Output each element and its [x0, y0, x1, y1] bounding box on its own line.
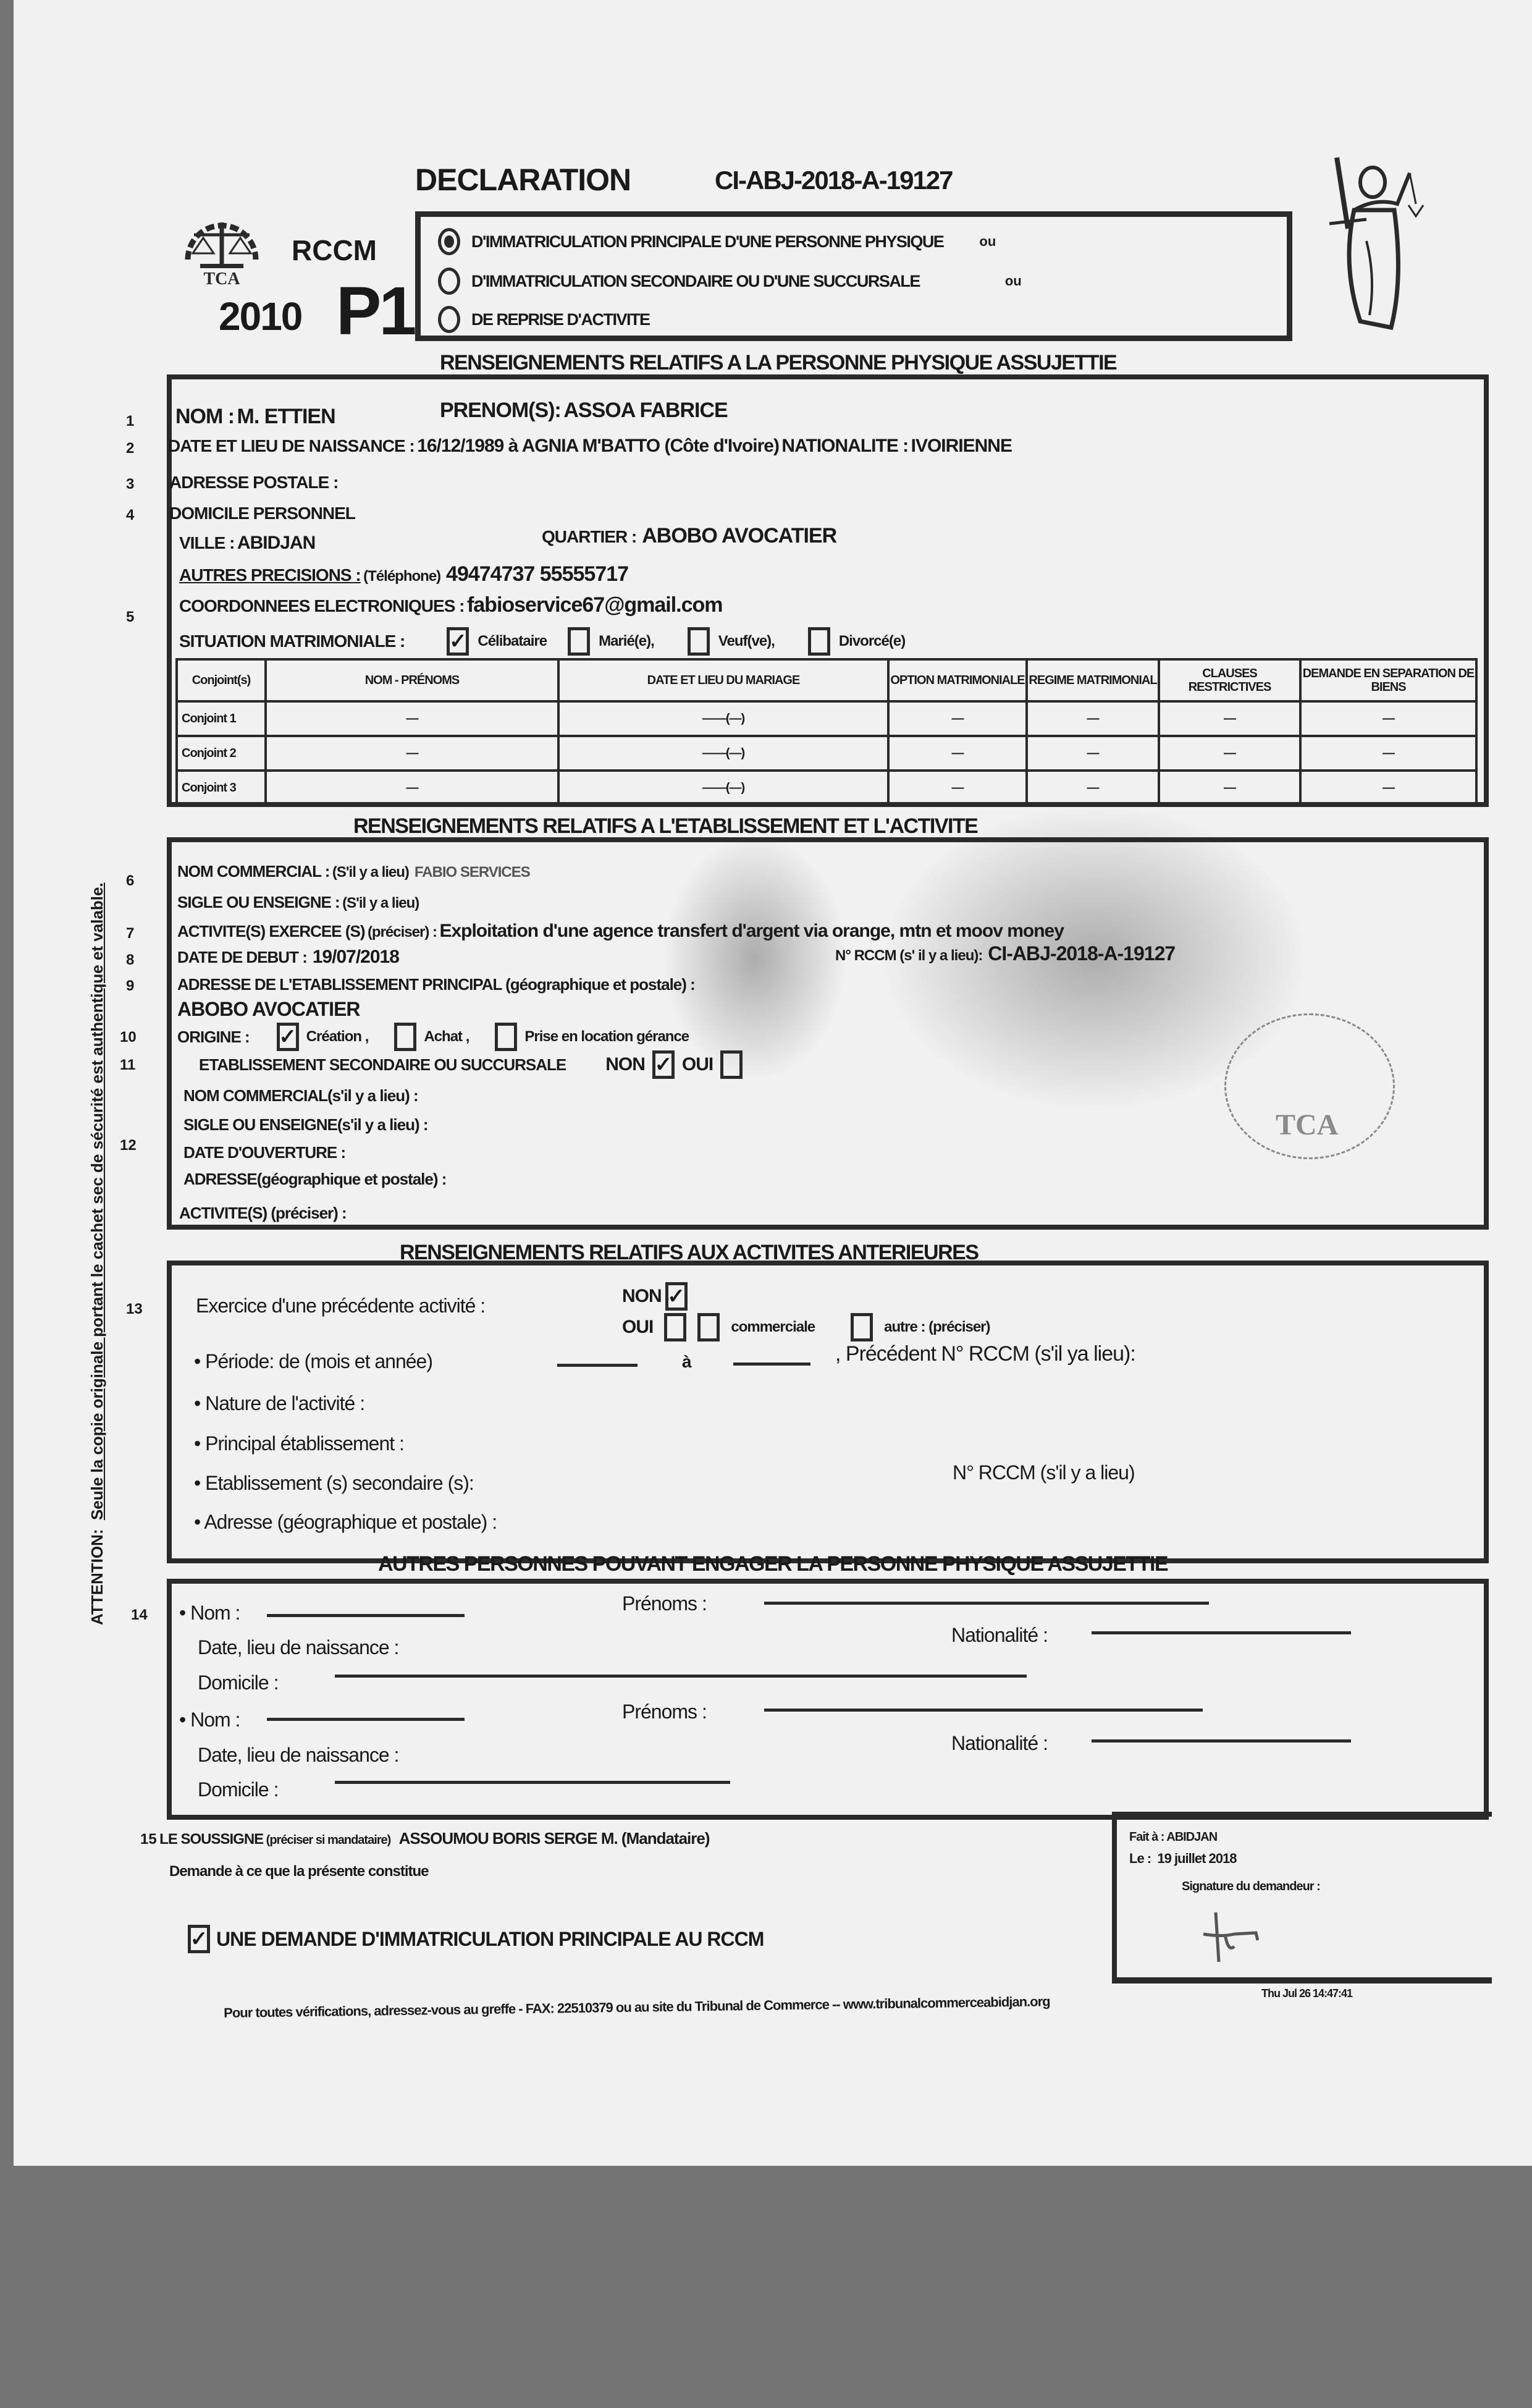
origine-field: ORIGINE : ✓Création , Achat , Prise en l… — [177, 1023, 689, 1051]
person2-prenoms-label: Prénoms : — [622, 1700, 707, 1723]
nom-commercial-field: NOM COMMERCIAL : (S'il y a lieu) FABIO S… — [177, 862, 530, 881]
person2-nationalite-label: Nationalité : — [951, 1732, 1048, 1755]
radio-selected-icon[interactable] — [438, 228, 460, 255]
adresse-etablissement-label: ADRESSE DE L'ETABLISSEMENT PRINCIPAL (gé… — [177, 975, 695, 994]
person1-domicile-line[interactable] — [335, 1675, 1027, 1678]
activite-field: ACTIVITE(S) EXERCEE (S) (préciser) : Exp… — [177, 921, 1064, 942]
form-code-rccm: RCCM — [292, 234, 377, 267]
precedent-rccm-label: , Précédent N° RCCM (s'il ya lieu): — [835, 1342, 1135, 1366]
person1-nom-line[interactable] — [267, 1614, 465, 1617]
email-value: fabioservice67@gmail.com — [467, 593, 723, 617]
person2-naissance-label: Date, lieu de naissance : — [198, 1744, 398, 1767]
exercice-non: NON ✓ — [622, 1282, 688, 1311]
form-year: 2010 — [219, 294, 301, 339]
rccm-secondaire-label: N° RCCM (s'il y a lieu) — [953, 1461, 1135, 1484]
checkbox-commerciale[interactable] — [697, 1313, 720, 1341]
section-title-autres-personnes: AUTRES PERSONNES POUVANT ENGAGER LA PERS… — [378, 1552, 1168, 1576]
tca-scales-logo-icon: TCA — [175, 213, 268, 287]
signature-scribble-icon — [1197, 1909, 1259, 1968]
signature-box: Fait à : ABIDJAN Le : 19 juillet 2018 Si… — [1112, 1812, 1492, 1983]
row-number: 11 — [120, 1057, 135, 1074]
demande-choice: ✓ UNE DEMANDE D'IMMATRICULATION PRINCIPA… — [188, 1925, 764, 1953]
person1-domicile-label: Domicile : — [198, 1671, 278, 1694]
sec-nom-commercial-label: NOM COMMERCIAL(s'il y a lieu) : — [183, 1086, 418, 1105]
checkbox-celibataire-checked[interactable]: ✓ — [447, 627, 469, 656]
periode-label: • Période: de (mois et année) — [194, 1350, 432, 1373]
periode-sep: à — [682, 1352, 691, 1372]
spouse-table: Conjoint(s) NOM - PRÉNOMS DATE ET LIEU D… — [175, 658, 1478, 806]
checkbox-location-gerance[interactable] — [495, 1023, 517, 1051]
person2-nom-line[interactable] — [267, 1718, 465, 1721]
checkbox-secondaire-non-checked[interactable]: ✓ — [652, 1050, 675, 1079]
row-number: 9 — [126, 978, 134, 995]
domicile-label: DOMICILE PERSONNEL — [169, 504, 355, 523]
print-timestamp: Thu Jul 26 14:47:41 — [1261, 1987, 1352, 2000]
checkbox-secondaire-oui[interactable] — [720, 1050, 743, 1079]
person1-prenoms-label: Prénoms : — [622, 1592, 707, 1615]
email-field: COORDONNEES ELECTRONIQUES : fabioservice… — [179, 593, 723, 617]
signature-label: Signature du demandeur : — [1182, 1880, 1320, 1894]
document-page: DECLARATION CI-ABJ-2018-A-19127 TCA RCCM… — [14, 0, 1532, 2166]
ville-value: ABIDJAN — [237, 533, 315, 553]
table-row: Conjoint 1 — ——(—) — — — — — [177, 701, 1476, 736]
nature-activite-label: • Nature de l'activité : — [194, 1392, 364, 1415]
row-number: 1 — [126, 413, 134, 430]
rccm-field: N° RCCM (s' il y a lieu): CI-ABJ-2018-A-… — [835, 942, 1175, 965]
telephone-value: 49474737 55555717 — [446, 562, 628, 586]
exercice-label: Exercice d'une précédente activité : — [196, 1295, 485, 1317]
declaration-type-box: D'IMMATRICULATION PRINCIPALE D'UNE PERSO… — [415, 211, 1292, 341]
nom-commercial-value: FABIO SERVICES — [415, 864, 530, 881]
table-row: Conjoint 3 — ——(—) — — — — — [177, 771, 1476, 805]
person2-nationalite-line[interactable] — [1092, 1739, 1351, 1743]
checkbox-marie[interactable] — [568, 627, 590, 656]
fait-a-field: Fait à : ABIDJAN — [1129, 1830, 1217, 1844]
person1-nom-label: • Nom : — [179, 1602, 240, 1624]
declaration-number: CI-ABJ-2018-A-19127 — [715, 166, 953, 195]
person1-naissance-label: Date, lieu de naissance : — [198, 1636, 398, 1659]
section-title-etablissement: RENSEIGNEMENTS RELATIFS A L'ETABLISSEMEN… — [353, 814, 977, 839]
person2-domicile-line[interactable] — [335, 1781, 730, 1784]
naissance-value: 16/12/1989 à AGNIA M'BATTO (Côte d'Ivoir… — [417, 436, 779, 456]
svg-text:TCA: TCA — [203, 269, 240, 287]
section-title-personne: RENSEIGNEMENTS RELATIFS A LA PERSONNE PH… — [440, 351, 1116, 375]
sec-activite-label: ACTIVITE(S) (préciser) : — [179, 1204, 347, 1223]
checkbox-exercice-non-checked[interactable]: ✓ — [665, 1282, 688, 1311]
date-field: Le : 19 juillet 2018 — [1129, 1851, 1236, 1867]
checkbox-veuf[interactable] — [688, 627, 710, 656]
nom-value: M. ETTIEN — [237, 405, 335, 428]
row-number: 4 — [126, 507, 134, 524]
date-debut-field: DATE DE DEBUT : 19/07/2018 — [177, 947, 399, 968]
etablissement-secondaire-field: ETABLISSEMENT SECONDAIRE OU SUCCURSALE N… — [199, 1050, 743, 1079]
person2-nom-label: • Nom : — [179, 1709, 240, 1731]
form-code-p1: P1 — [336, 272, 415, 350]
situation-matrimoniale: SITUATION MATRIMONIALE : ✓Célibataire Ma… — [179, 627, 905, 656]
adresse-anterieure-label: • Adresse (géographique et postale) : — [194, 1511, 497, 1534]
row-number: 12 — [120, 1137, 137, 1154]
nationalite-value: IVOIRIENNE — [911, 436, 1012, 456]
periode-from-line — [557, 1364, 638, 1367]
person2-domicile-label: Domicile : — [198, 1778, 278, 1801]
lady-justice-icon — [1323, 154, 1428, 340]
person1-nationalite-line[interactable] — [1092, 1631, 1351, 1634]
row-number: 7 — [126, 925, 134, 942]
option-secondaire[interactable]: D'IMMATRICULATION SECONDAIRE OU D'UNE SU… — [438, 268, 1022, 295]
prenoms-value: ASSOA FABRICE — [563, 399, 727, 422]
principal-etablissement-label: • Principal établissement : — [194, 1432, 404, 1455]
checkbox-autre[interactable] — [851, 1313, 873, 1341]
row-number: 2 — [126, 440, 134, 457]
sec-adresse-label: ADRESSE(géographique et postale) : — [183, 1170, 446, 1189]
date-value: 19 juillet 2018 — [1157, 1851, 1236, 1866]
etablissement-secondaire-label: • Etablissement (s) secondaire (s): — [194, 1472, 474, 1495]
quartier-field: QUARTIER : ABOBO AVOCATIER — [542, 524, 836, 548]
naissance-field: DATE ET LIEU DE NAISSANCE : 16/12/1989 à… — [168, 436, 1012, 457]
row-number: 8 — [126, 952, 134, 969]
person1-nationalite-label: Nationalité : — [951, 1624, 1048, 1647]
person2-prenoms-line[interactable] — [764, 1709, 1203, 1712]
fait-a-value: ABIDJAN — [1166, 1830, 1217, 1844]
declaration-title: DECLARATION — [415, 162, 631, 198]
quartier-value: ABOBO AVOCATIER — [642, 524, 836, 547]
activite-value: Exploitation d'une agence transfert d'ar… — [439, 921, 1063, 941]
prenoms-field: PRENOM(S): ASSOA FABRICE — [440, 399, 728, 423]
row-number: 3 — [126, 476, 134, 493]
table-row: Conjoint 2 — ——(—) — — — — — [177, 736, 1476, 771]
footer-verification-text: Pour toutes vérifications, adressez-vous… — [224, 1993, 1050, 2021]
row-number: 5 — [126, 609, 134, 626]
ville-field: VILLE : ABIDJAN — [179, 533, 315, 554]
soussigne-value: ASSOUMOU BORIS SERGE M. (Mandataire) — [399, 1829, 710, 1848]
sec-sigle-label: SIGLE OU ENSEIGNE(s'il y a lieu) : — [183, 1115, 428, 1134]
checkbox-achat[interactable] — [394, 1023, 416, 1051]
person1-prenoms-line[interactable] — [764, 1602, 1209, 1605]
checkbox-creation-checked[interactable]: ✓ — [277, 1023, 299, 1051]
date-debut-value: 19/07/2018 — [313, 947, 399, 967]
option-reprise[interactable]: DE REPRISE D'ACTIVITE — [438, 306, 649, 333]
soussigne-field: 15 LE SOUSSIGNE (préciser si mandataire)… — [140, 1829, 710, 1848]
rccm-value: CI-ABJ-2018-A-19127 — [988, 942, 1175, 965]
adresse-postale-label: ADRESSE POSTALE : — [169, 473, 338, 492]
option-principale[interactable]: D'IMMATRICULATION PRINCIPALE D'UNE PERSO… — [438, 228, 996, 255]
side-attention-notice: ATTENTION: Seule la copie originale port… — [88, 882, 107, 1625]
radio-empty-icon[interactable] — [438, 306, 460, 333]
exercice-oui: OUI commerciale autre : (préciser) — [622, 1313, 990, 1341]
nom-field: NOM : M. ETTIEN — [175, 405, 335, 429]
tca-stamp-icon: TCA — [1224, 1013, 1395, 1159]
row-number: 10 — [120, 1029, 137, 1046]
telephone-field: AUTRES PRECISIONS : (Téléphone) 49474737… — [179, 562, 628, 586]
periode-to-line — [733, 1362, 810, 1366]
sec-date-ouverture-label: DATE D'OUVERTURE : — [183, 1143, 345, 1162]
radio-empty-icon[interactable] — [438, 268, 460, 295]
adresse-etablissement-value: ABOBO AVOCATIER — [177, 998, 360, 1021]
checkbox-divorce[interactable] — [808, 627, 830, 656]
checkbox-demande-checked[interactable]: ✓ — [188, 1925, 210, 1953]
sigle-field: SIGLE OU ENSEIGNE : (S'il y a lieu) — [177, 893, 419, 912]
demande-text: Demande à ce que la présente constitue — [169, 1863, 429, 1880]
row-number: 6 — [126, 872, 134, 890]
row-number: 13 — [126, 1301, 143, 1318]
row-number: 14 — [131, 1607, 148, 1624]
checkbox-exercice-oui[interactable] — [664, 1313, 686, 1341]
